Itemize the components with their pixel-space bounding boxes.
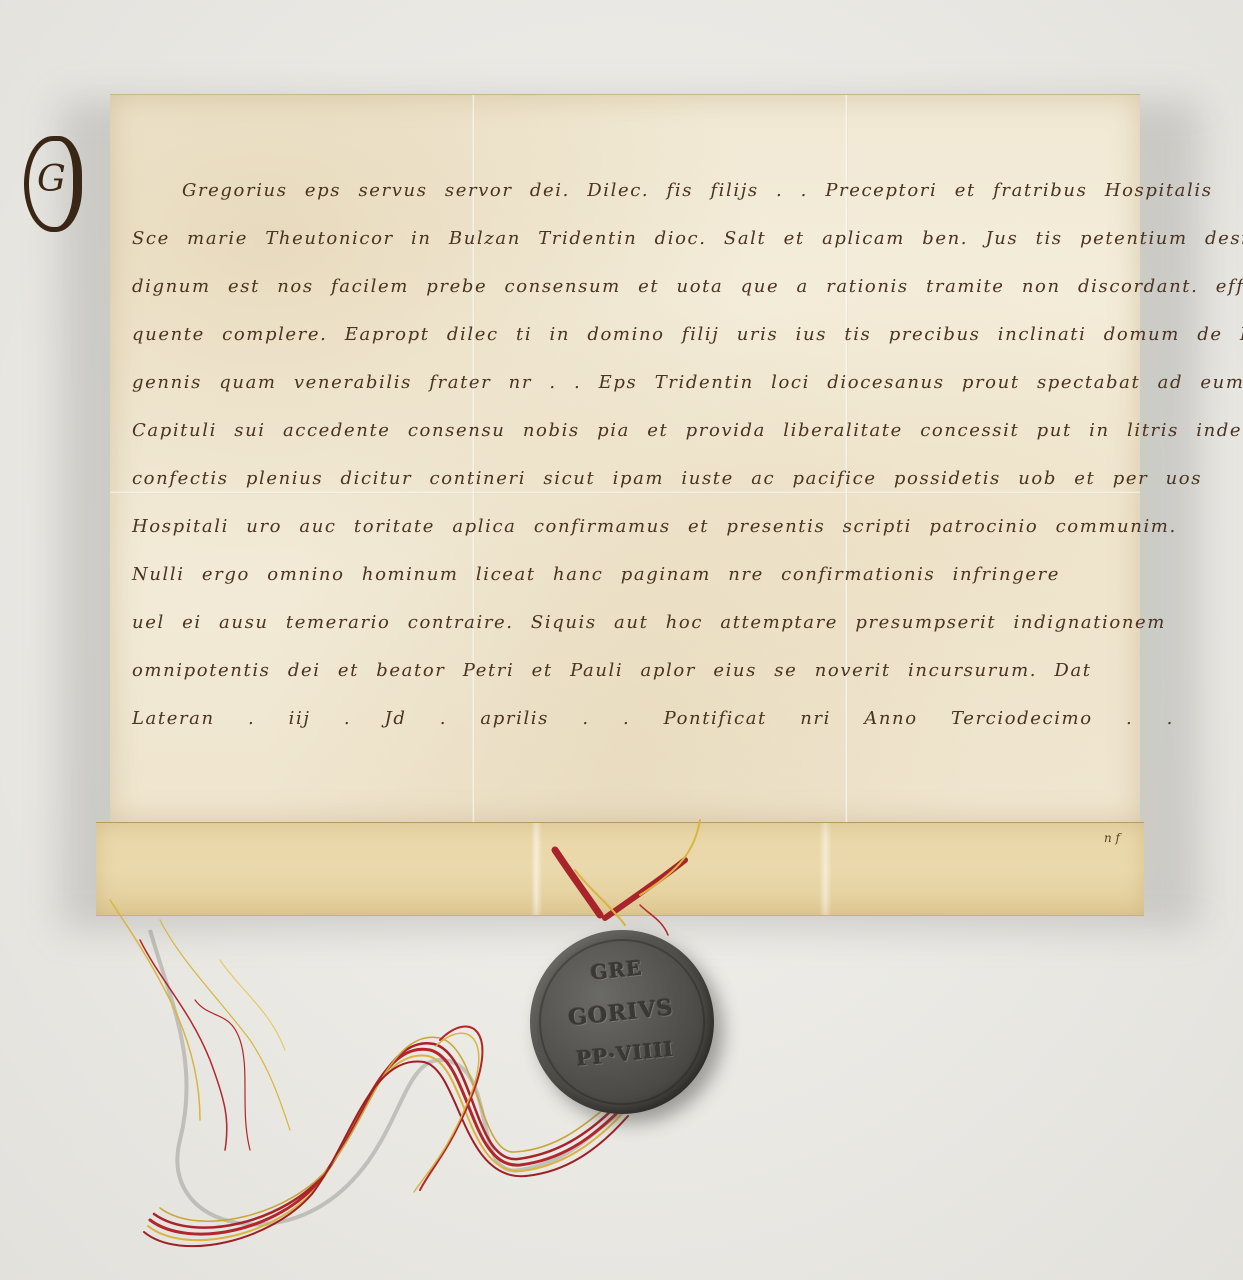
- decorated-initial: G: [24, 136, 82, 232]
- text-line: confectis plenius dicitur contineri sicu…: [132, 468, 1202, 489]
- plica-fold: n f: [96, 822, 1144, 916]
- initial-letter: G: [37, 159, 66, 200]
- text-line: gennis quam venerabilis frater nr . . Ep…: [132, 372, 1243, 393]
- text-line: uel ei ausu temerario contraire. Siquis …: [132, 612, 1166, 633]
- text-line: Sce marie Theutonicor in Bulzan Tridenti…: [132, 228, 1243, 249]
- fold-crease: [110, 491, 1140, 494]
- text-line: quente complere. Eapropt dilec ti in dom…: [132, 324, 1243, 345]
- text-line: Gregorius eps servus servor dei. Dilec. …: [182, 180, 1213, 201]
- text-line: Nulli ergo omnino hominum liceat hanc pa…: [132, 564, 1060, 585]
- text-line: Capituli sui accedente consensu nobis pi…: [132, 420, 1242, 441]
- text-line: Hospitali uro auc toritate aplica confir…: [132, 516, 1177, 537]
- plica-mark: n f: [1104, 831, 1120, 845]
- text-line: dignum est nos facilem prebe consensum e…: [132, 276, 1243, 297]
- text-line: omnipotentis dei et beator Petri et Paul…: [132, 660, 1092, 681]
- text-line: Lateran . iij . Jd . aprilis . . Pontifi…: [132, 708, 1174, 729]
